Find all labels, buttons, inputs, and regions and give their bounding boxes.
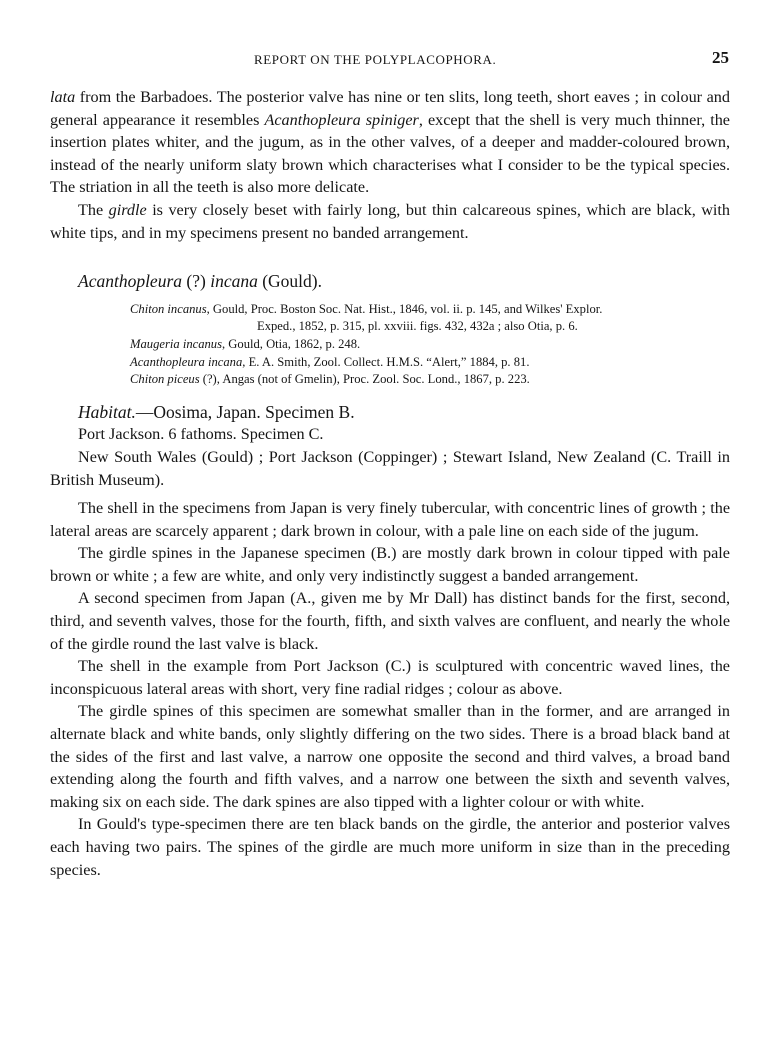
habitat-line: New South Wales (Gould) ; Port Jackson (… — [50, 446, 730, 491]
synonymy-entry: Acanthopleura incana, E. A. Smith, Zool.… — [130, 354, 730, 372]
synonymy-entry: Chiton piceus (?), Angas (not of Gmelin)… — [130, 371, 730, 389]
paragraph: In Gould's type-specimen there are ten b… — [50, 813, 730, 881]
page-header: REPORT ON THE POLYPLACOPHORA. 25 — [0, 48, 776, 70]
body-text: lata from the Barbadoes. The posterior v… — [50, 86, 730, 881]
habitat-line: Habitat.—Oosima, Japan. Specimen B. — [50, 401, 730, 424]
paragraph: The girdle spines of this specimen are s… — [50, 700, 730, 813]
document-page: REPORT ON THE POLYPLACOPHORA. 25 lata fr… — [0, 0, 776, 1050]
paragraph: The shell in the specimens from Japan is… — [50, 497, 730, 542]
synonymy-list: Chiton incanus, Gould, Proc. Boston Soc.… — [130, 301, 730, 389]
italic-term: girdle — [109, 201, 147, 219]
synonymy-entry: Maugeria incanus, Gould, Otia, 1862, p. … — [130, 336, 730, 354]
paragraph: The shell in the example from Port Jacks… — [50, 655, 730, 700]
synonymy-continuation: Exped., 1852, p. 315, pl. xxviii. figs. … — [130, 318, 730, 336]
species-heading: Acanthopleura (?) incana (Gould). — [78, 270, 730, 293]
italic-term: lata — [50, 88, 75, 106]
paragraph: A second specimen from Japan (A., given … — [50, 587, 730, 655]
page-number: 25 — [712, 48, 729, 68]
paragraph-girdle: The girdle is very closely beset with fa… — [50, 199, 730, 244]
running-head: REPORT ON THE POLYPLACOPHORA. — [254, 52, 496, 68]
synonymy-entry: Chiton incanus, Gould, Proc. Boston Soc.… — [130, 301, 730, 319]
habitat-line: Port Jackson. 6 fathoms. Specimen C. — [50, 423, 730, 446]
paragraph: The girdle spines in the Japanese specim… — [50, 542, 730, 587]
italic-taxon: Acanthopleura spiniger — [264, 111, 418, 129]
paragraph-continued: lata from the Barbadoes. The posterior v… — [50, 86, 730, 199]
